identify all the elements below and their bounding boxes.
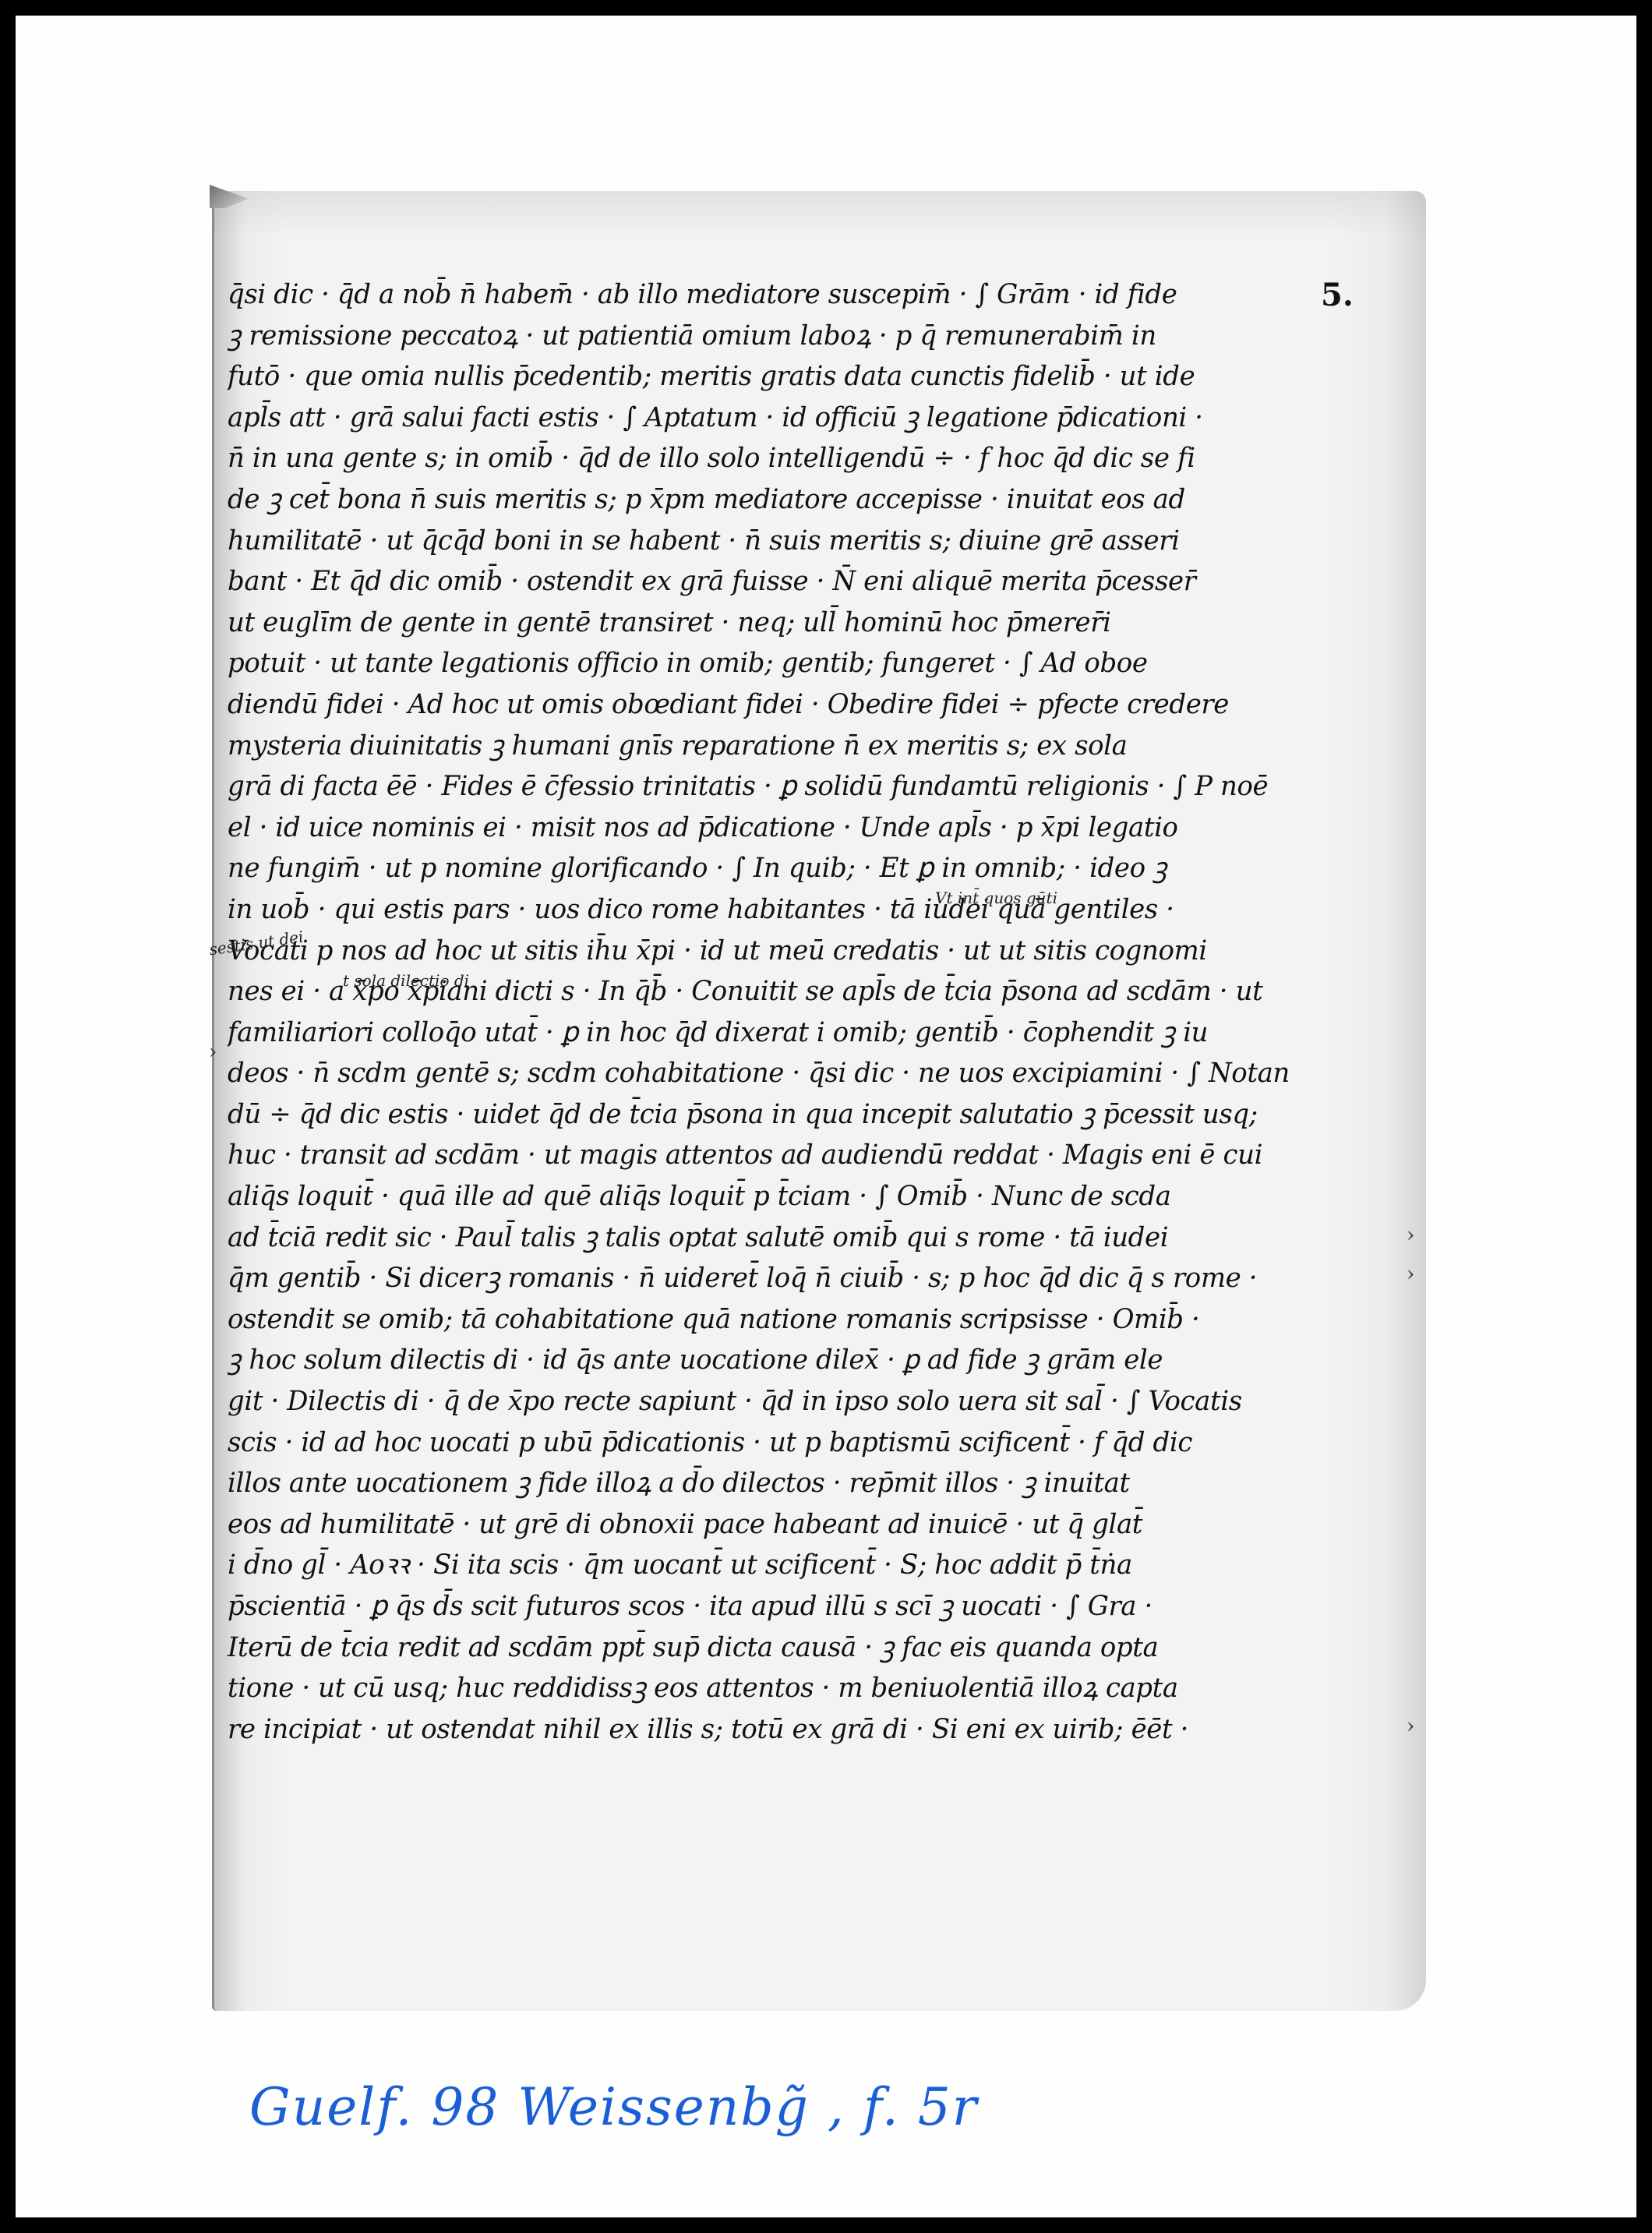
manuscript-line: familiariori colloq̄o utat̄ · ꝑ in hoc q… [228, 1012, 1347, 1054]
manuscript-line: ad t̄ciā redit sic · Paul̄ talis ꝫ talis… [228, 1217, 1347, 1259]
manuscript-line: huc · transit ad scdām · ut magis attent… [228, 1135, 1347, 1176]
manuscript-line: aliq̄s loquit̄ · quā ille ad quē aliq̄s … [228, 1176, 1347, 1217]
manuscript-line: re incipiat · ut ostendat nihil ex illis… [228, 1709, 1347, 1751]
manuscript-line: git · Dilectis di · q̄ de x̄po recte sap… [228, 1381, 1347, 1422]
manuscript-line: tione · ut cū usq; huc reddidissꝫ eos at… [228, 1668, 1347, 1709]
manuscript-line: deos · n̄ scdm gentē s; scdm cohabitatio… [228, 1053, 1347, 1094]
manuscript-line: el · id uice nominis ei · misit nos ad p… [228, 807, 1347, 849]
manuscript-line: i d̄no gl̄ · Aoꝛꝛ · Si ita scis · q̄m uo… [228, 1545, 1347, 1586]
manuscript-line: q̄m gentib̄ · Si dicerꝫ romanis · n̄ uid… [228, 1258, 1347, 1299]
manuscript-line: p̄scientiā · ꝑ q̄s d̄s scit futuros scos… [228, 1586, 1347, 1627]
manuscript-line: bant · Et q̄d dic omib̄ · ostendit ex gr… [228, 561, 1347, 602]
manuscript-line: ut euglīm de gente in gentē transiret · … [228, 602, 1347, 644]
margin-mark: › [209, 1041, 217, 1064]
manuscript-line: dū ÷ q̄d dic estis · uidet q̄d de t̄cia … [228, 1094, 1347, 1136]
manuscript-line: Vocati p nos ad hoc ut sitis ih̄u x̄pi ·… [228, 931, 1347, 972]
manuscript-line: ꝫ hoc solum dilectis di · id q̄s ante uo… [228, 1340, 1347, 1381]
manuscript-line: ostendit se omib; tā cohabitatione quā n… [228, 1299, 1347, 1341]
interlinear-gloss: t sola dilectio di [343, 971, 469, 990]
manuscript-line: in uob̄ · qui estis pars · uos dico rome… [228, 889, 1347, 931]
manuscript-line: eos ad humilitatē · ut grē di obnoxii pa… [228, 1504, 1347, 1546]
manuscript-line: apl̄s att · grā salui facti estis · ∫ Ap… [228, 397, 1347, 439]
margin-mark: › [1407, 1263, 1414, 1286]
manuscript-line: de ꝫ cet̄ bona n̄ suis meritis s; p x̄pm… [228, 479, 1347, 521]
manuscript-line: illos ante uocationem ꝫ fide illoꝝ a d̄o… [228, 1463, 1347, 1504]
manuscript-line: scis · id ad hoc uocati p ubū p̄dication… [228, 1422, 1347, 1464]
handwritten-shelfmark-caption: Guelf. 98 Weissenbg̃ , f. 5r [249, 2077, 978, 2137]
manuscript-line: humilitatē · ut q̄cq̄d boni in se habent… [228, 521, 1347, 562]
manuscript-line: n̄ in una gente s; in omib̄ · q̄d de ill… [228, 438, 1347, 479]
manuscript-line: Iterū de t̄cia redit ad scdām ppt̄ sup̄ … [228, 1627, 1347, 1669]
manuscript-line: grā di facta ēē · Fides ē c̄fessio trini… [228, 766, 1347, 807]
margin-mark: › [1407, 1224, 1414, 1247]
interlinear-gloss: Vt int̄ quos gūti [935, 889, 1057, 907]
manuscript-line: diendū fidei · Ad hoc ut omis obœdiant f… [228, 684, 1347, 726]
margin-mark: › [1407, 1715, 1414, 1738]
manuscript-line: q̄si dic · q̄d a nob̄ n̄ habem̄ · ab ill… [228, 274, 1347, 316]
manuscript-text-block: q̄si dic · q̄d a nob̄ n̄ habem̄ · ab ill… [228, 274, 1381, 1750]
manuscript-line: ne fungim̄ · ut p nomine glorificando · … [228, 848, 1347, 889]
manuscript-line: potuit · ut tante legationis officio in … [228, 643, 1347, 684]
manuscript-line: futō · que omia nullis p̄cedentib; merit… [228, 356, 1347, 397]
manuscript-line: mysteria diuinitatis ꝫ humani gnīs repar… [228, 726, 1347, 767]
manuscript-line: ꝫ remissione peccatoꝝ · ut patientiā omi… [228, 316, 1347, 357]
